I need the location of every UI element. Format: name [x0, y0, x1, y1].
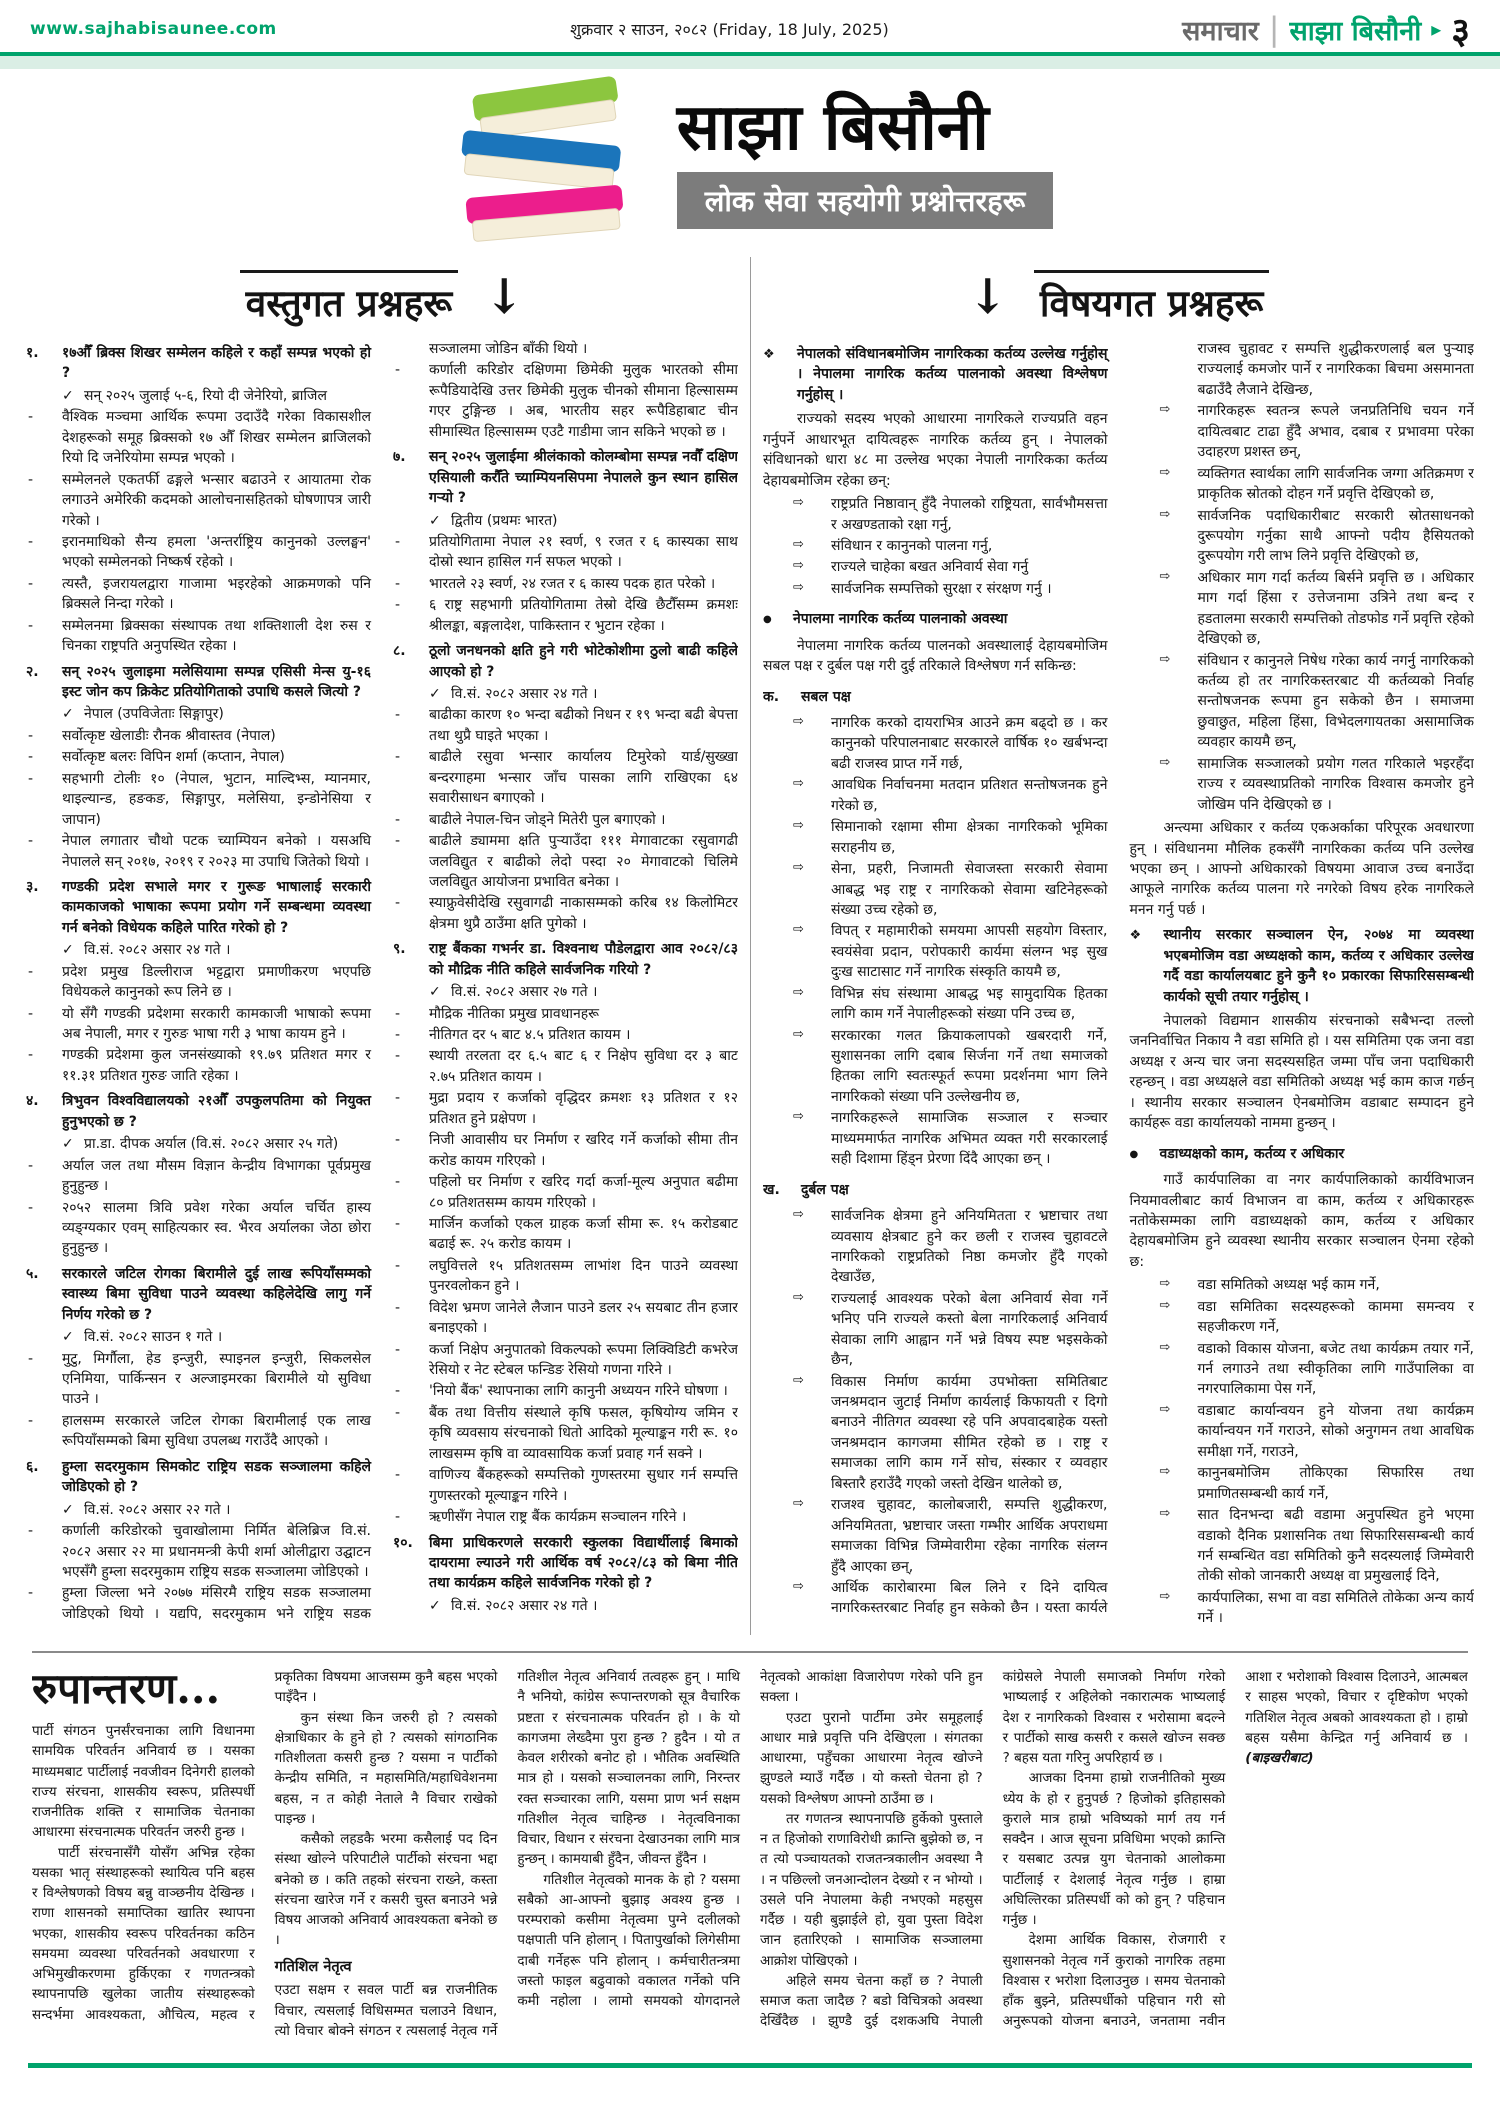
- point-text: 'नियो बैंक' स्थापनाका लागि कानुनी अध्ययन…: [429, 1381, 738, 1401]
- question-row: २.सन् २०२५ जुलाइमा मलेसियामा सम्पन्न एसि…: [26, 662, 371, 703]
- label-key: ख.: [763, 1180, 801, 1200]
- question-text: स्थानीय सरकार सञ्चालन ऐन, २०७४ मा व्यवस्…: [1164, 925, 1475, 1007]
- dash-bullet-icon: -: [26, 1004, 62, 1045]
- arrow-bullet-icon: ⇨: [793, 1026, 831, 1108]
- point-text: यो सँगै गण्डकी प्रदेशमा सरकारी कामकाजी भ…: [62, 1004, 371, 1045]
- bottom-paragraph: पार्टी संगठन पुनर्संरचनाका लागि विधानमा …: [32, 1721, 255, 1843]
- check-icon: ✓: [429, 982, 451, 1002]
- point-row: -नीतिगत दर ५ बाट ४.५ प्रतिशत कायम ।: [393, 1025, 738, 1045]
- subjective-arrow-point: ⇨सामाजिक सञ्जालको प्रयोग गलत गरिकाले भइर…: [1130, 754, 1475, 815]
- question-text: सरकारले जटिल रोगका बिरामीले दुई लाख रूपि…: [62, 1264, 371, 1325]
- answer-row: ✓वि.सं. २०८२ असार २४ गते ।: [26, 940, 371, 960]
- answer-row: ✓वि.सं. २०८२ साउन १ गते ।: [26, 1327, 371, 1347]
- point-text: नागरिक करको दायराभित्र आउने क्रम बढ्दो छ…: [831, 713, 1108, 774]
- point-text: २०५२ सालमा त्रिवि प्रवेश गरेका अर्याल चर…: [62, 1198, 371, 1259]
- point-row: -स्याफ्रुवेसीदेखि रसुवागढी नाकासम्मको कर…: [393, 893, 738, 934]
- arrow-bullet-icon: ⇨: [1160, 1505, 1198, 1587]
- label-key: क.: [763, 687, 801, 707]
- subheading-text: वडाध्यक्षको काम, कर्तव्य र अधिकार: [1160, 1144, 1345, 1164]
- subjective-arrow-point: ⇨सार्वजनिक पदाधिकारीबाट सरकारी स्रोतसाधन…: [1130, 506, 1475, 567]
- bottom-paragraph: कुन संस्था किन जरुरी हो ? त्यसको क्षेत्र…: [275, 1708, 498, 1830]
- point-row: -गण्डकी प्रदेशमा कुल जनसंख्याको १९.७९ प्…: [26, 1045, 371, 1086]
- point-row: -सम्मेलनमा ब्रिक्सका संस्थापक तथा शक्तिश…: [26, 616, 371, 657]
- bottom-article: रुपान्तरण...पार्टी संगठन पुनर्संरचनाका ल…: [32, 1667, 1468, 2051]
- dash-bullet-icon: -: [393, 1046, 429, 1087]
- dash-bullet-icon: -: [393, 1256, 429, 1297]
- bottom-paragraph: तर गणतन्त्र स्थापनापछि हुर्केको पुस्ताले…: [760, 1809, 983, 1971]
- dash-bullet-icon: -: [393, 1465, 429, 1506]
- arrow-bullet-icon: ⇨: [793, 859, 831, 920]
- check-icon: ✓: [62, 386, 84, 406]
- question-row: ६.हुम्ला सदरमुकाम सिमकोट राष्ट्रिय सडक स…: [26, 1457, 371, 1498]
- point-row: -लघुवित्तले १५ प्रतिशतसम्म लाभांश दिन पा…: [393, 1256, 738, 1297]
- dash-bullet-icon: -: [393, 1088, 429, 1129]
- point-text: राष्ट्रप्रति निष्ठावान् हुँदै नेपालको रा…: [831, 494, 1108, 535]
- subjective-section-header: ↓ विषयगत प्रश्नहरू: [763, 257, 1474, 339]
- point-text: राज्यलाई आवश्यक परेको बेला अनिवार्य सेवा…: [831, 1289, 1108, 1371]
- check-icon: ✓: [429, 511, 451, 531]
- point-text: राज्यले चाहेका बखत अनिवार्य सेवा गर्नु: [831, 557, 1108, 577]
- dash-bullet-icon: -: [393, 360, 429, 442]
- subjective-subheading: ●वडाध्यक्षको काम, कर्तव्य र अधिकार: [1130, 1144, 1475, 1164]
- question-row: ३.गण्डकी प्रदेश सभाले मगर र गुरूङ भाषाला…: [26, 877, 371, 938]
- answer-row: ✓सन् २०२५ जुलाई ५-६, रियो दी जेनेरियो, ब…: [26, 386, 371, 406]
- point-text: विपत् र महामारीको समयमा आपसी सहयोग विस्त…: [831, 921, 1108, 982]
- subjective-arrow-point: ⇨आवधिक निर्वाचनमा मतदान प्रतिशत सन्तोषजन…: [763, 775, 1108, 816]
- objective-question-block: ३.गण्डकी प्रदेश सभाले मगर र गुरूङ भाषाला…: [26, 877, 371, 1086]
- question-number: ५.: [26, 1264, 62, 1325]
- point-row: -विदेश भ्रमण जानेले लैजान पाउने डलर २५ स…: [393, 1298, 738, 1339]
- books-stack-icon: [447, 72, 643, 252]
- arrow-bullet-icon: ⇨: [793, 1108, 831, 1169]
- answer-text: वि.सं. २०८२ असार २४ गते ।: [84, 940, 371, 960]
- point-text: कानुनबमोजिम तोकिएका सिफारिस तथा प्रमाणित…: [1198, 1463, 1475, 1504]
- subjective-arrow-point: ⇨राज्यलाई आवश्यक परेको बेला अनिवार्य सेव…: [763, 1289, 1108, 1371]
- point-row: -प्रतियोगितामा नेपाल २१ स्वर्ण, ९ रजत र …: [393, 532, 738, 573]
- page-number: ३: [1451, 5, 1470, 54]
- point-text: विकास निर्माण कार्यमा उपभोक्ता समितिबाट …: [831, 1372, 1108, 1495]
- subjective-arrow-point: ⇨सरकारका गलत क्रियाकलापको खबरदारी गर्ने,…: [763, 1026, 1108, 1108]
- check-icon: ✓: [62, 940, 84, 960]
- brand-divider: |: [1269, 10, 1280, 48]
- diamond-bullet-icon: ❖: [763, 344, 797, 405]
- arrow-bullet-icon: ⇨: [793, 494, 831, 535]
- point-text: लघुवित्तले १५ प्रतिशतसम्म लाभांश दिन पाउ…: [429, 1256, 738, 1297]
- page-pointer-icon: ▸: [1431, 17, 1441, 41]
- point-text: स्थायी तरलता दर ६.५ बाट ६ र निक्षेप सुवि…: [429, 1046, 738, 1087]
- subjective-paragraph: नेपालमा नागरिक कर्तव्य पालनको अवस्थालाई …: [763, 636, 1108, 677]
- subjective-question: ❖स्थानीय सरकार सञ्चालन ऐन, २०७४ मा व्यवस…: [1130, 925, 1475, 1007]
- check-icon: ✓: [429, 684, 451, 704]
- newspaper-page: www.sajhabisaunee.com शुक्रवार २ साउन, २…: [0, 0, 1500, 2068]
- dash-bullet-icon: -: [26, 574, 62, 615]
- point-text: सार्वजनिक सम्पत्तिको सुरक्षा र संरक्षण ग…: [831, 579, 1108, 599]
- down-arrow-icon: ↓: [968, 276, 1008, 319]
- subjective-questions-flow: ❖नेपालको संविधानबमोजिम नागरिकका कर्तव्य …: [763, 339, 1474, 1635]
- point-row: -वाणिज्य बैंकहरूको सम्पत्तिको गुणस्तरमा …: [393, 1465, 738, 1506]
- subjective-paragraph: गाउँ कार्यपालिका वा नगर कार्यपालिकाको का…: [1130, 1170, 1475, 1272]
- dash-bullet-icon: -: [393, 1403, 429, 1464]
- bottom-article-divider: [32, 1651, 1468, 1653]
- point-text: बैंक तथा वित्तीय संस्थाले कृषि फसल, कृषि…: [429, 1403, 738, 1464]
- question-row: १.१७औँ ब्रिक्स शिखर सम्मेलन कहिले र कहाँ…: [26, 343, 371, 384]
- masthead-subtitle: लोक सेवा सहयोगी प्रश्नोत्तरहरू: [677, 172, 1054, 229]
- arrow-bullet-icon: ⇨: [793, 579, 831, 599]
- dash-bullet-icon: -: [26, 1045, 62, 1086]
- dash-bullet-icon: -: [26, 831, 62, 872]
- dash-bullet-icon: -: [26, 962, 62, 1003]
- point-row: -नेपाल लगातार चौथो पटक च्याम्पियन बनेको …: [26, 831, 371, 872]
- section-label: समाचार: [1182, 11, 1259, 48]
- check-icon: ✓: [62, 1327, 84, 1347]
- arrow-bullet-icon: ⇨: [1160, 1297, 1198, 1338]
- subjective-arrow-point: ⇨अधिकार माग गर्दा कर्तव्य बिर्सने प्रवृत…: [1130, 568, 1475, 650]
- point-text: सिमानाको रक्षामा सीमा क्षेत्रका नागरिकको…: [831, 817, 1108, 858]
- arrow-bullet-icon: ⇨: [1160, 1401, 1198, 1462]
- subjective-arrow-point: ⇨सार्वजनिक सम्पत्तिको सुरक्षा र संरक्षण …: [763, 579, 1108, 599]
- subjective-arrow-point: ⇨सात दिनभन्दा बढी वडामा अनुपस्थित हुने भ…: [1130, 1505, 1475, 1587]
- point-row: -पहिलो घर निर्माण र खरिद गर्दा कर्जा-मूल…: [393, 1172, 738, 1213]
- question-text: बिमा प्राधिकरणले सरकारी स्कुलका विद्यार्…: [429, 1533, 738, 1594]
- point-text: सार्वजनिक क्षेत्रमा हुने अनियमितता र भ्र…: [831, 1206, 1108, 1288]
- bottom-paragraph: एउटा पुरानो पार्टीमा उमेर समूहलाई आधार म…: [760, 1708, 983, 1809]
- question-number: १०.: [393, 1533, 429, 1594]
- answer-row: ✓वि.सं. २०८२ असार २२ गते ।: [26, 1500, 371, 1520]
- point-text: सरकारका गलत क्रियाकलापको खबरदारी गर्ने, …: [831, 1026, 1108, 1108]
- subjective-arrow-point: ⇨नागरिकहरूले सामाजिक सञ्जाल र सञ्चार माध…: [763, 1108, 1108, 1169]
- point-row: -बाढीले ड्याममा क्षति पुऱ्याउँदा १११ मेग…: [393, 831, 738, 892]
- dash-bullet-icon: -: [26, 616, 62, 657]
- arrow-bullet-icon: ⇨: [1160, 401, 1198, 462]
- point-text: संविधान र कानुनको पालना गर्नु,: [831, 536, 1108, 556]
- check-icon: ✓: [429, 1596, 451, 1616]
- point-row: -निजी आवासीय घर निर्माण र खरिद गर्ने कर्…: [393, 1130, 738, 1171]
- point-text: बाढीले ड्याममा क्षति पुऱ्याउँदा १११ मेगा…: [429, 831, 738, 892]
- dash-bullet-icon: -: [393, 1381, 429, 1401]
- point-text: कर्जा निक्षेप अनुपातको विकल्पको रूपमा लि…: [429, 1340, 738, 1381]
- point-row: -बैंक तथा वित्तीय संस्थाले कृषि फसल, कृष…: [393, 1403, 738, 1464]
- subjective-section: ↓ विषयगत प्रश्नहरू ❖नेपालको संविधानबमोजि…: [750, 257, 1486, 1635]
- arrow-bullet-icon: ⇨: [793, 713, 831, 774]
- subjective-arrow-point: ⇨संविधान र कानुनले निषेध गरेका कार्य नगर…: [1130, 651, 1475, 753]
- dash-bullet-icon: -: [393, 595, 429, 636]
- point-text: व्यक्तिगत स्वार्थका लागि सार्वजनिक जग्गा…: [1198, 464, 1475, 505]
- arrow-bullet-icon: ⇨: [793, 817, 831, 858]
- subjective-list-label: ख.दुर्बल पक्ष: [763, 1180, 1108, 1200]
- label-text: दुर्बल पक्ष: [801, 1180, 849, 1200]
- arrow-bullet-icon: ⇨: [1160, 506, 1198, 567]
- arrow-bullet-icon: ⇨: [1160, 651, 1198, 753]
- arrow-bullet-icon: ⇨: [1160, 568, 1198, 650]
- answer-text: नेपाल (उपविजेताः सिङ्गापुर): [84, 704, 371, 724]
- dash-bullet-icon: -: [393, 705, 429, 746]
- point-row: -त्यस्तै, इजरायलद्वारा गाजामा भइरहेको आक…: [26, 574, 371, 615]
- dateline: शुक्रवार २ साउन, २०८२ (Friday, 18 July, …: [570, 18, 889, 40]
- point-row: -कर्णाली करिडोरको चुवाखोलामा निर्मित बेल…: [26, 1521, 371, 1582]
- bottom-paragraph: आजका दिनमा हाम्रो राजनीतिको मुख्य ध्येय …: [1003, 1768, 1226, 1930]
- point-row: -इरानमाथिको सैन्य हमला 'अन्तर्राष्ट्रिय …: [26, 532, 371, 573]
- question-text: हुम्ला सदरमुकाम सिमकोट राष्ट्रिय सडक सञ्…: [62, 1457, 371, 1498]
- answer-text: वि.सं. २०८२ असार २४ गते ।: [451, 684, 738, 704]
- point-text: स्याफ्रुवेसीदेखि रसुवागढी नाकासम्मको करि…: [429, 893, 738, 934]
- subjective-paragraph: राज्यको सदस्य भएको आधारमा नागरिकले राज्य…: [763, 409, 1108, 491]
- point-text: राजश्व चुहावट, कालोबजारी, सम्पत्ति शुद्ध…: [831, 1495, 1108, 1577]
- dash-bullet-icon: -: [393, 1025, 429, 1045]
- dash-bullet-icon: -: [393, 1298, 429, 1339]
- dash-bullet-icon: -: [26, 1411, 62, 1452]
- answer-row: ✓वि.सं. २०८२ असार २४ गते ।: [393, 1596, 738, 1616]
- dash-bullet-icon: -: [26, 470, 62, 531]
- point-text: बाढीले नेपाल-चिन जोड्ने मितेरी पुल बगाएक…: [429, 810, 738, 830]
- dash-bullet-icon: -: [393, 574, 429, 594]
- point-text: प्रतियोगितामा नेपाल २१ स्वर्ण, ९ रजत र ६…: [429, 532, 738, 573]
- dash-bullet-icon: -: [26, 1521, 62, 1582]
- point-row: -यो सँगै गण्डकी प्रदेशमा सरकारी कामकाजी …: [26, 1004, 371, 1045]
- dash-bullet-icon: -: [393, 747, 429, 808]
- bottom-article-headline: रुपान्तरण...: [32, 1667, 255, 1711]
- subheading-text: नेपालमा नागरिक कर्तव्य पालनाको अवस्था: [793, 609, 1007, 629]
- subjective-arrow-point: ⇨राष्ट्रप्रति निष्ठावान् हुँदै नेपालको र…: [763, 494, 1108, 535]
- point-text: ऋणीसँग नेपाल राष्ट्र बैंक कार्यक्रम सञ्च…: [429, 1507, 738, 1527]
- subjective-paragraph: नेपालको विद्यमान शासकीय संरचनाको सबैभन्द…: [1130, 1011, 1475, 1134]
- question-row: ८.ठूलो जनधनको क्षति हुने गरी भोटेकोशीमा …: [393, 641, 738, 682]
- point-row: -स्थायी तरलता दर ६.५ बाट ६ र निक्षेप सुव…: [393, 1046, 738, 1087]
- check-icon: ✓: [62, 704, 84, 724]
- point-text: वडा समितिको अध्यक्ष भई काम गर्ने,: [1198, 1275, 1475, 1295]
- question-text: नेपालको संविधानबमोजिम नागरिकका कर्तव्य उ…: [797, 344, 1108, 405]
- question-row: १०.बिमा प्राधिकरणले सरकारी स्कुलका विद्य…: [393, 1533, 738, 1594]
- question-text: सन् २०२५ जुलाईमा श्रीलंकाको कोलम्बोमा सम…: [429, 447, 738, 508]
- bottom-paragraph: कसैको लहडकै भरमा कसैलाई पद दिन संस्था खो…: [275, 1829, 498, 1951]
- arrow-bullet-icon: ⇨: [1160, 754, 1198, 815]
- dash-bullet-icon: -: [393, 810, 429, 830]
- point-row: -भारतले २३ स्वर्ण, २४ रजत र ६ कास्य पदक …: [393, 574, 738, 594]
- question-number: ४.: [26, 1091, 62, 1132]
- point-text: अर्याल जल तथा मौसम विज्ञान केन्द्रीय विभ…: [62, 1156, 371, 1197]
- point-row: -६ राष्ट्र सहभागी प्रतियोगितामा तेस्रो द…: [393, 595, 738, 636]
- point-text: बाढीले रसुवा भन्सार कार्यालय टिमुरेको या…: [429, 747, 738, 808]
- arrow-bullet-icon: ⇨: [793, 536, 831, 556]
- point-text: सम्मेलनले एकतर्फी ढङ्गले भन्सार बढाउने र…: [62, 470, 371, 531]
- point-text: मुटु, मिर्गौला, हेड इन्जुरी, स्पाइनल इन्…: [62, 1349, 371, 1410]
- point-row: -अर्याल जल तथा मौसम विज्ञान केन्द्रीय वि…: [26, 1156, 371, 1197]
- answer-row: ✓द्वितीय (प्रथमः भारत): [393, 511, 738, 531]
- point-text: गण्डकी प्रदेशमा कुल जनसंख्याको १९.७९ प्र…: [62, 1045, 371, 1086]
- main-content: वस्तुगत प्रश्नहरू ↓ १.१७औँ ब्रिक्स शिखर …: [0, 257, 1500, 1635]
- objective-question-block: ५.सरकारले जटिल रोगका बिरामीले दुई लाख रू…: [26, 1264, 371, 1452]
- bottom-article-subheading: गतिशिल नेतृत्व: [275, 1957, 498, 1979]
- arrow-bullet-icon: ⇨: [793, 1289, 831, 1371]
- point-text: मुद्रा प्रदाय र कर्जाको वृद्धिदर क्रमशः …: [429, 1088, 738, 1129]
- question-text: राष्ट्र बैंकका गभर्नर डा. विश्वनाथ पौडेल…: [429, 939, 738, 980]
- bottom-rule: [28, 2063, 1472, 2068]
- point-row: -मुटु, मिर्गौला, हेड इन्जुरी, स्पाइनल इन…: [26, 1349, 371, 1410]
- question-text: ठूलो जनधनको क्षति हुने गरी भोटेकोशीमा ठु…: [429, 641, 738, 682]
- point-row: -मुद्रा प्रदाय र कर्जाको वृद्धिदर क्रमशः…: [393, 1088, 738, 1129]
- question-text: सन् २०२५ जुलाइमा मलेसियामा सम्पन्न एसिसी…: [62, 662, 371, 703]
- objective-question-block: ४.त्रिभुवन विश्वविद्यालयको २१औँ उपकुलपति…: [26, 1091, 371, 1259]
- subjective-arrow-point: ⇨वडाको विकास योजना, बजेट तथा कार्यक्रम त…: [1130, 1339, 1475, 1400]
- arrow-bullet-icon: ⇨: [1160, 464, 1198, 505]
- arrow-bullet-icon: ⇨: [793, 1495, 831, 1577]
- point-row: -बाढीले नेपाल-चिन जोड्ने मितेरी पुल बगाए…: [393, 810, 738, 830]
- label-text: सबल पक्ष: [801, 687, 851, 707]
- subjective-arrow-point: ⇨राज्यले चाहेका बखत अनिवार्य सेवा गर्नु: [763, 557, 1108, 577]
- point-text: वडा समितिका सदस्यहरूको काममा समन्वय र सह…: [1198, 1297, 1475, 1338]
- question-row: ५.सरकारले जटिल रोगका बिरामीले दुई लाख रू…: [26, 1264, 371, 1325]
- subjective-arrow-point: ⇨कानुनबमोजिम तोकिएका सिफारिस तथा प्रमाणि…: [1130, 1463, 1475, 1504]
- arrow-bullet-icon: ⇨: [793, 921, 831, 982]
- dash-bullet-icon: -: [26, 769, 62, 830]
- point-text: कर्णाली करिडोर दक्षिणमा छिमेकी मुलुक भार…: [429, 360, 738, 442]
- point-row: -मार्जिन कर्जाको एकल ग्राहक कर्जा सीमा र…: [393, 1214, 738, 1255]
- question-number: २.: [26, 662, 62, 703]
- dash-bullet-icon: -: [393, 1130, 429, 1171]
- subjective-paragraph: अन्त्यमा अधिकार र कर्तव्य एकअर्काका परिप…: [1130, 818, 1475, 920]
- point-row: -'नियो बैंक' स्थापनाका लागि कानुनी अध्यय…: [393, 1381, 738, 1401]
- mint-band: [0, 56, 1500, 69]
- point-text: ६ राष्ट्र सहभागी प्रतियोगितामा तेस्रो दे…: [429, 595, 738, 636]
- point-text: सर्वोत्कृष्ट खेलाडीः रौनक श्रीवास्तव (ने…: [62, 726, 371, 746]
- question-text: गण्डकी प्रदेश सभाले मगर र गुरूङ भाषालाई …: [62, 877, 371, 938]
- point-text: कर्णाली करिडोरको चुवाखोलामा निर्मित बेलि…: [62, 1521, 371, 1582]
- subjective-arrow-point: ⇨संविधान र कानुनको पालना गर्नु,: [763, 536, 1108, 556]
- dash-bullet-icon: -: [26, 532, 62, 573]
- arrow-bullet-icon: ⇨: [1160, 1339, 1198, 1400]
- point-text: त्यस्तै, इजरायलद्वारा गाजामा भइरहेको आक्…: [62, 574, 371, 615]
- point-row: -सहभागी टोलीः १० (नेपाल, भुटान, माल्दिभ्…: [26, 769, 371, 830]
- masthead: साझा बिसौनी लोक सेवा सहयोगी प्रश्नोत्तरह…: [0, 69, 1500, 257]
- answer-text: द्वितीय (प्रथमः भारत): [451, 511, 738, 531]
- point-row: -सर्वोत्कृष्ट खेलाडीः रौनक श्रीवास्तव (न…: [26, 726, 371, 746]
- subjective-subheading: ●नेपालमा नागरिक कर्तव्य पालनाको अवस्था: [763, 609, 1108, 629]
- dash-bullet-icon: -: [26, 726, 62, 746]
- answer-row: ✓वि.सं. २०८२ असार २७ गते ।: [393, 982, 738, 1002]
- subjective-question: ❖नेपालको संविधानबमोजिम नागरिकका कर्तव्य …: [763, 344, 1108, 405]
- point-text: मौद्रिक नीतिका प्रमुख प्रावधानहरू: [429, 1004, 738, 1024]
- question-text: १७औँ ब्रिक्स शिखर सम्मेलन कहिले र कहाँ स…: [62, 343, 371, 384]
- subjective-arrow-point: ⇨सेना, प्रहरी, निजामती सेवाजस्ता सरकारी …: [763, 859, 1108, 920]
- point-text: पहिलो घर निर्माण र खरिद गर्दा कर्जा-मूल्…: [429, 1172, 738, 1213]
- arrow-bullet-icon: ⇨: [793, 557, 831, 577]
- dash-bullet-icon: -: [26, 747, 62, 767]
- dash-bullet-icon: -: [393, 1004, 429, 1024]
- arrow-bullet-icon: ⇨: [793, 984, 831, 1025]
- subjective-arrow-point: ⇨वडा समितिका सदस्यहरूको काममा समन्वय र स…: [1130, 1297, 1475, 1338]
- dash-bullet-icon: -: [393, 893, 429, 934]
- dash-bullet-icon: -: [26, 1349, 62, 1410]
- question-number: ७.: [393, 447, 429, 508]
- masthead-text: साझा बिसौनी लोक सेवा सहयोगी प्रश्नोत्तरह…: [677, 95, 1054, 229]
- dash-bullet-icon: -: [393, 1214, 429, 1255]
- point-row: -प्रदेश प्रमुख डिल्लीराज भट्टद्वारा प्रम…: [26, 962, 371, 1003]
- subjective-arrow-point: ⇨वडा समितिको अध्यक्ष भई काम गर्ने,: [1130, 1275, 1475, 1295]
- point-text: कार्यपालिका, सभा वा वडा समितिले तोकेका अ…: [1198, 1588, 1475, 1629]
- dot-bullet-icon: ●: [1130, 1144, 1160, 1164]
- dash-bullet-icon: -: [393, 1340, 429, 1381]
- subjective-arrow-point: ⇨विभिन्न संघ संस्थामा आबद्ध भइ सामुदायिक…: [763, 984, 1108, 1025]
- question-text: त्रिभुवन विश्वविद्यालयको २१औँ उपकुलपतिमा…: [62, 1091, 371, 1132]
- website-url[interactable]: www.sajhabisaunee.com: [30, 19, 277, 39]
- point-text: नेपाल लगातार चौथो पटक च्याम्पियन बनेको ।…: [62, 831, 371, 872]
- point-row: -कर्णाली करिडोर दक्षिणमा छिमेकी मुलुक भा…: [393, 360, 738, 442]
- dash-bullet-icon: -: [393, 1172, 429, 1213]
- point-text: नागरिकहरूले सामाजिक सञ्जाल र सञ्चार माध्…: [831, 1108, 1108, 1169]
- question-number: १.: [26, 343, 62, 384]
- objective-section-heading: वस्तुगत प्रश्नहरू: [240, 270, 458, 327]
- arrow-bullet-icon: ⇨: [793, 775, 831, 816]
- point-text: भारतले २३ स्वर्ण, २४ रजत र ६ कास्य पदक ह…: [429, 574, 738, 594]
- arrow-bullet-icon: ⇨: [793, 1206, 831, 1288]
- answer-text: वि.सं. २०८२ असार २२ गते ।: [84, 1500, 371, 1520]
- point-text: नीतिगत दर ५ बाट ४.५ प्रतिशत कायम ।: [429, 1025, 738, 1045]
- top-info-bar: www.sajhabisaunee.com शुक्रवार २ साउन, २…: [0, 0, 1500, 52]
- objective-section-header: वस्तुगत प्रश्नहरू ↓: [26, 257, 738, 339]
- point-row: -हालसम्म सरकारले जटिल रोगका बिरामीलाई एक…: [26, 1411, 371, 1452]
- subjective-section-heading: विषयगत प्रश्नहरू: [1034, 270, 1269, 327]
- subjective-arrow-point: ⇨सिमानाको रक्षामा सीमा क्षेत्रका नागरिकक…: [763, 817, 1108, 858]
- down-arrow-icon: ↓: [484, 276, 524, 319]
- article-byline: (बाइखरीबाट): [1245, 1750, 1313, 1766]
- point-text: वैश्विक मञ्चमा आर्थिक रूपमा उदाउँदै गरेक…: [62, 407, 371, 468]
- answer-row: ✓प्रा.डा. दीपक अर्याल (वि.सं. २०८२ असार …: [26, 1134, 371, 1154]
- point-text: संविधान र कानुनले निषेध गरेका कार्य नगर्…: [1198, 651, 1475, 753]
- objective-section: वस्तुगत प्रश्नहरू ↓ १.१७औँ ब्रिक्स शिखर …: [14, 257, 750, 1635]
- point-text: सार्वजनिक पदाधिकारीबाट सरकारी स्रोतसाधनक…: [1198, 506, 1475, 567]
- dash-bullet-icon: -: [26, 1156, 62, 1197]
- point-text: सम्मेलनमा ब्रिक्सका संस्थापक तथा शक्तिशा…: [62, 616, 371, 657]
- objective-question-block: ८.ठूलो जनधनको क्षति हुने गरी भोटेकोशीमा …: [393, 641, 738, 934]
- subjective-arrow-point: ⇨विपत् र महामारीको समयमा आपसी सहयोग विस्…: [763, 921, 1108, 982]
- point-text: सेना, प्रहरी, निजामती सेवाजस्ता सरकारी स…: [831, 859, 1108, 920]
- objective-question-block: ९.राष्ट्र बैंकका गभर्नर डा. विश्वनाथ पौड…: [393, 939, 738, 1527]
- point-text: आवधिक निर्वाचनमा मतदान प्रतिशत सन्तोषजनक…: [831, 775, 1108, 816]
- point-text: वाणिज्य बैंकहरूको सम्पत्तिको गुणस्तरमा स…: [429, 1465, 738, 1506]
- subjective-arrow-point: ⇨विकास निर्माण कार्यमा उपभोक्ता समितिबाट…: [763, 1372, 1108, 1495]
- masthead-title: साझा बिसौनी: [677, 95, 1054, 160]
- point-text: मार्जिन कर्जाको एकल ग्राहक कर्जा सीमा रू…: [429, 1214, 738, 1255]
- point-text: विभिन्न संघ संस्थामा आबद्ध भइ सामुदायिक …: [831, 984, 1108, 1025]
- point-text: सर्वोत्कृष्ट बलरः विपिन शर्मा (कप्तान, न…: [62, 747, 371, 767]
- check-icon: ✓: [62, 1500, 84, 1520]
- point-text: इरानमाथिको सैन्य हमला 'अन्तर्राष्ट्रिय क…: [62, 532, 371, 573]
- point-text: सामाजिक सञ्जालको प्रयोग गलत गरिकाले भइरह…: [1198, 754, 1475, 815]
- subjective-arrow-point: ⇨नागरिक करको दायराभित्र आउने क्रम बढ्दो …: [763, 713, 1108, 774]
- point-text: नागरिकहरू स्वतन्त्र रूपले जनप्रतिनिधि चय…: [1198, 401, 1475, 462]
- point-row: -सर्वोत्कृष्ट बलरः विपिन शर्मा (कप्तान, …: [26, 747, 371, 767]
- page-brand: समाचार | साझा बिसौनी ▸ ३: [1182, 5, 1470, 54]
- dash-bullet-icon: -: [393, 532, 429, 573]
- arrow-bullet-icon: ⇨: [1160, 1463, 1198, 1504]
- answer-text: वि.सं. २०८२ असार २७ गते ।: [451, 982, 738, 1002]
- point-row: -कर्जा निक्षेप अनुपातको विकल्पको रूपमा ल…: [393, 1340, 738, 1381]
- objective-question-block: ७.सन् २०२५ जुलाईमा श्रीलंकाको कोलम्बोमा …: [393, 447, 738, 636]
- subjective-arrow-point: ⇨राजश्व चुहावट, कालोबजारी, सम्पत्ति शुद्…: [763, 1495, 1108, 1577]
- point-text: अधिकार माग गर्दा कर्तव्य बिर्सने प्रवृत्…: [1198, 568, 1475, 650]
- point-text: सात दिनभन्दा बढी वडामा अनुपस्थित हुने भए…: [1198, 1505, 1475, 1587]
- answer-text: वि.सं. २०८२ असार २४ गते ।: [451, 1596, 738, 1616]
- subjective-arrow-point: ⇨नागरिकहरू स्वतन्त्र रूपले जनप्रतिनिधि च…: [1130, 401, 1475, 462]
- point-text: हालसम्म सरकारले जटिल रोगका बिरामीलाई एक …: [62, 1411, 371, 1452]
- dash-bullet-icon: -: [26, 1198, 62, 1259]
- answer-text: सन् २०२५ जुलाई ५-६, रियो दी जेनेरियो, ब्…: [84, 386, 371, 406]
- point-row: -सम्मेलनले एकतर्फी ढङ्गले भन्सार बढाउने …: [26, 470, 371, 531]
- dash-bullet-icon: -: [393, 831, 429, 892]
- subjective-list-label: क.सबल पक्ष: [763, 687, 1108, 707]
- check-icon: ✓: [62, 1134, 84, 1154]
- question-number: ६.: [26, 1457, 62, 1498]
- dot-bullet-icon: ●: [763, 609, 793, 629]
